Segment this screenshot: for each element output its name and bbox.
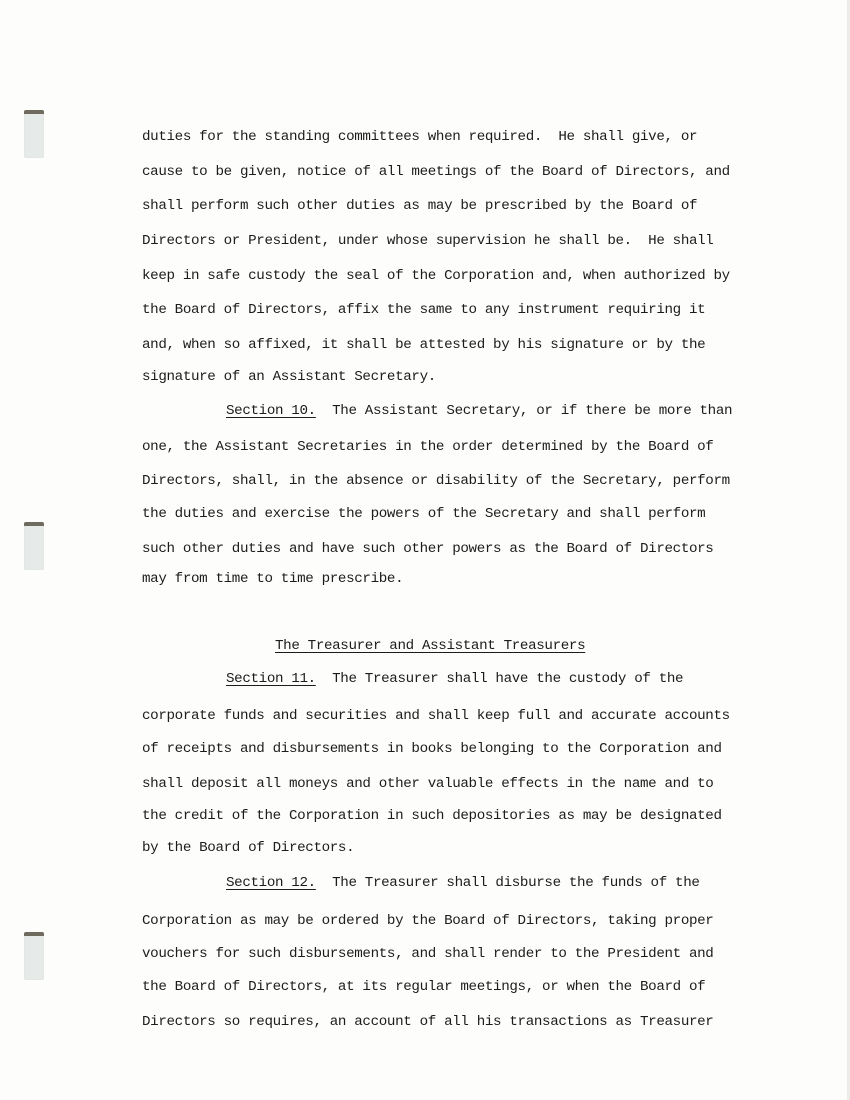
document-page: duties for the standing committees when … (0, 0, 850, 1100)
text-line: vouchers for such disbursements, and sha… (142, 946, 713, 962)
text-line: by the Board of Directors. (142, 840, 354, 856)
text-line: signature of an Assistant Secretary. (142, 369, 436, 385)
text-line: shall deposit all moneys and other valua… (142, 776, 713, 792)
section-label: Section 12. (226, 875, 316, 891)
text-line: duties for the standing committees when … (142, 129, 697, 145)
text-line: the duties and exercise the powers of th… (142, 506, 705, 522)
text-line: one, the Assistant Secretaries in the or… (142, 439, 713, 455)
text-line: of receipts and disbursements in books b… (142, 741, 722, 757)
text-line: the Board of Directors, at its regular m… (142, 979, 705, 995)
text-line: the Board of Directors, affix the same t… (142, 302, 705, 318)
text-run: The Treasurer shall disburse the funds o… (316, 875, 700, 891)
text-line: corporate funds and securities and shall… (142, 708, 730, 724)
section-first-line: Section 12. The Treasurer shall disburse… (226, 875, 700, 891)
section-heading: The Treasurer and Assistant Treasurers (275, 638, 585, 654)
text-line: the credit of the Corporation in such de… (142, 808, 722, 824)
text-line: Directors or President, under whose supe… (142, 233, 713, 249)
text-line: Corporation as may be ordered by the Boa… (142, 913, 713, 929)
section-label: Section 11. (226, 671, 316, 687)
text-line: Directors so requires, an account of all… (142, 1014, 713, 1030)
punch-hole (24, 110, 44, 158)
text-line: cause to be given, notice of all meeting… (142, 164, 730, 180)
text-run: The Treasurer shall have the custody of … (316, 671, 683, 687)
section-first-line: Section 10. The Assistant Secretary, or … (226, 403, 732, 419)
text-line: may from time to time prescribe. (142, 571, 403, 587)
text-run: The Assistant Secretary, or if there be … (316, 403, 732, 419)
text-line: and, when so affixed, it shall be attest… (142, 337, 705, 353)
text-line: Directors, shall, in the absence or disa… (142, 473, 730, 489)
text-line: keep in safe custody the seal of the Cor… (142, 268, 730, 284)
text-line: shall perform such other duties as may b… (142, 198, 697, 214)
section-first-line: Section 11. The Treasurer shall have the… (226, 671, 683, 687)
punch-hole (24, 522, 44, 570)
punch-hole (24, 932, 44, 980)
section-label: Section 10. (226, 403, 316, 419)
text-line: such other duties and have such other po… (142, 541, 713, 557)
